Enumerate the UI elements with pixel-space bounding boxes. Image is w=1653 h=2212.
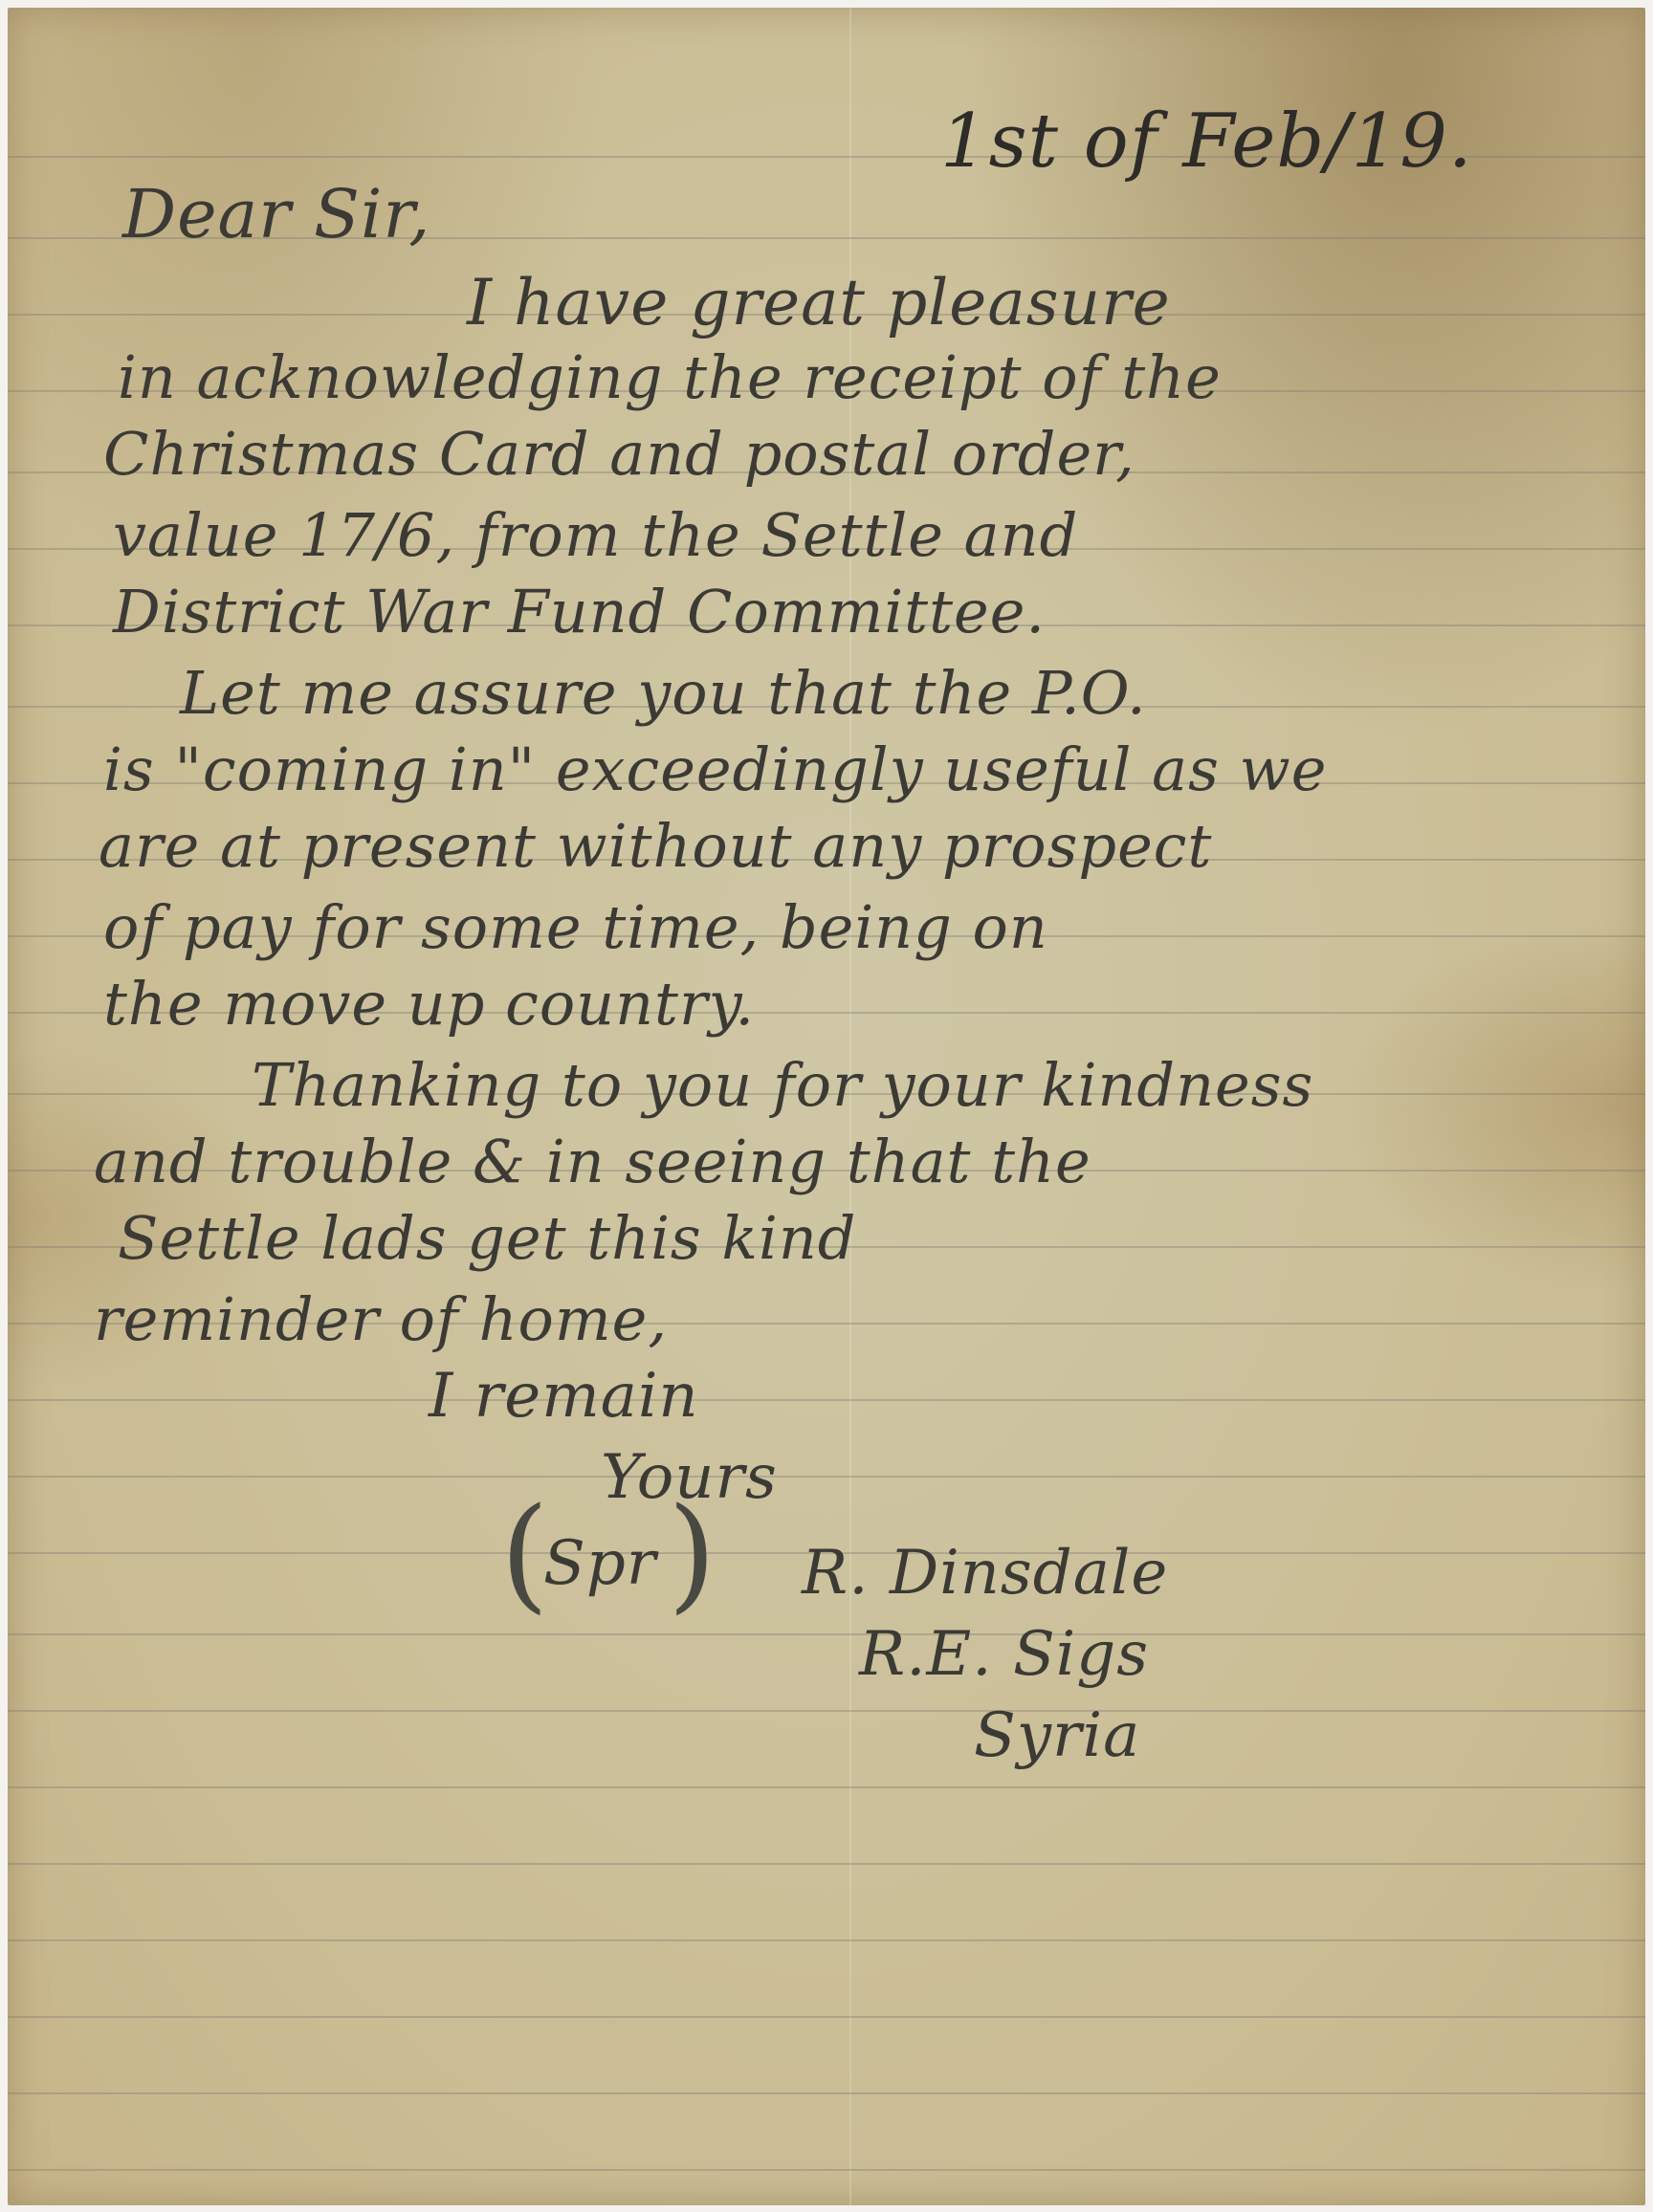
ruled-line [8,1710,1645,1712]
closing-remain: I remain [429,1361,699,1432]
ruled-line [8,2169,1645,2171]
signature-unit: R.E. Sigs [859,1619,1149,1690]
body-line: the move up country. [103,969,755,1039]
body-line: Let me assure you that the P.O. [180,658,1147,728]
body-line: Settle lads get this kind [118,1203,856,1273]
ruled-line [8,1786,1645,1788]
body-line: value 17/6, from the Settle and [113,500,1078,570]
signature-name: R. Dinsdale [802,1538,1168,1609]
body-line: Thanking to you for your kindness [252,1050,1313,1120]
ruled-line [8,1476,1645,1478]
signature-location: Syria [974,1700,1140,1771]
body-line: District War Fund Committee. [113,577,1046,646]
ruled-line [8,2092,1645,2094]
body-line: reminder of home, [94,1284,668,1354]
ruled-line [8,2016,1645,2018]
body-line: Christmas Card and postal order, [103,419,1135,489]
ruled-line [8,1633,1645,1635]
ruled-line [8,1863,1645,1865]
letter-page: 1st of Feb/19. Dear Sir, I have great pl… [8,8,1645,2205]
ruled-line [8,1939,1645,1941]
letter-greeting: Dear Sir, [122,175,430,253]
body-line: is "coming in" exceedingly useful as we [103,734,1327,804]
signature-rank: Spr [543,1528,656,1599]
ruled-line [8,1399,1645,1401]
letter-date: 1st of Feb/19. [940,99,1473,185]
body-line: I have great pleasure [467,266,1171,339]
body-line: in acknowledging the receipt of the [118,342,1222,412]
close-parenthesis: ) [668,1480,717,1626]
body-line: are at present without any prospect [99,811,1212,881]
body-line: of pay for some time, being on [103,892,1048,962]
body-line: and trouble & in seeing that the [94,1127,1091,1196]
open-parenthesis: ( [500,1480,550,1626]
